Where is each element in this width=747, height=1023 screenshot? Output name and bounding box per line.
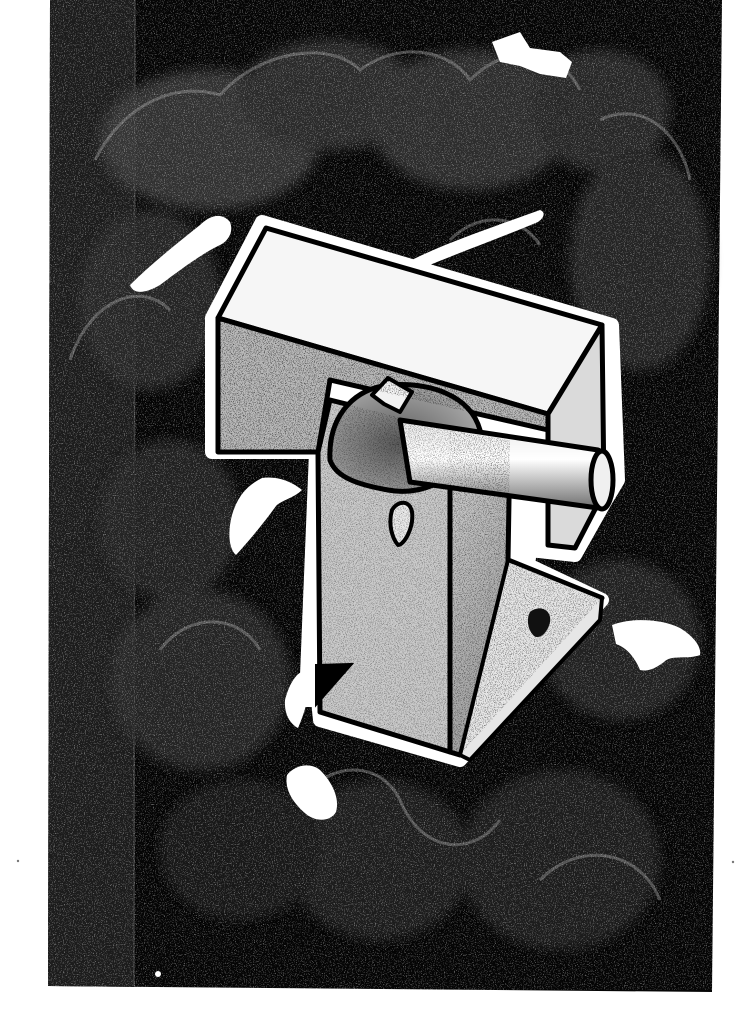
scanned-illustration: Scanned halftone illustration: a 3D T-sh…	[0, 0, 747, 1023]
pin-end-cap	[591, 451, 613, 509]
illustration-canvas	[0, 0, 747, 1023]
scan-dot	[732, 861, 734, 863]
scan-dot	[155, 971, 161, 977]
scan-dot	[17, 860, 19, 862]
